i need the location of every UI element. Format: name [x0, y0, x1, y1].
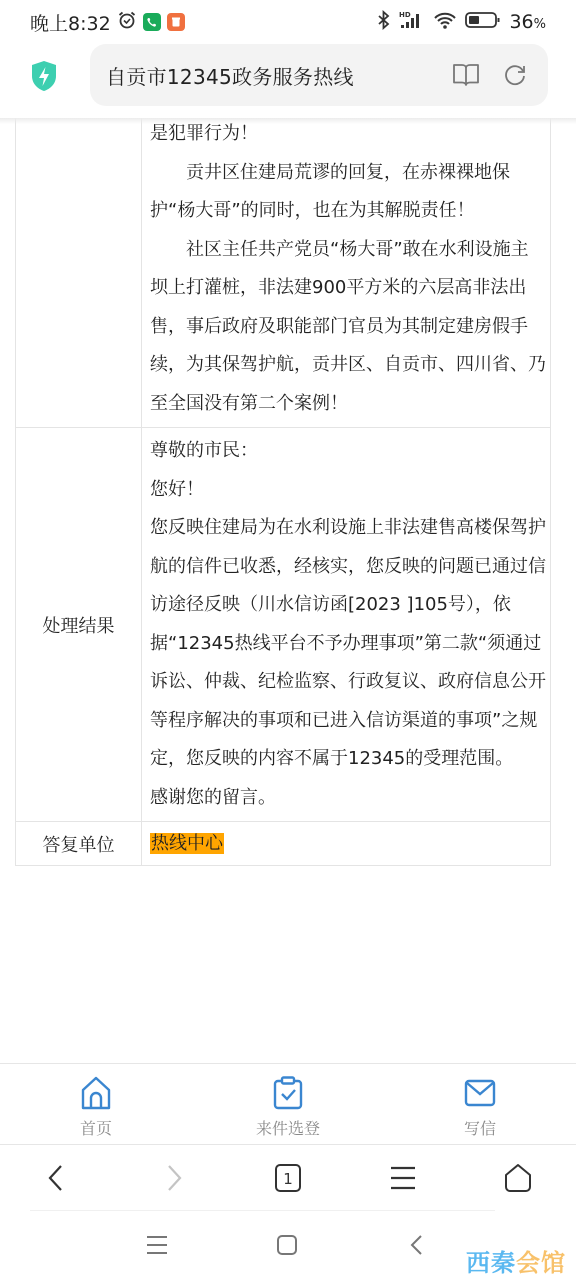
tab-label: 写信	[464, 1116, 496, 1139]
row-value-unit: 热线中心	[142, 822, 551, 866]
tab-label: 首页	[80, 1116, 112, 1139]
home-icon	[80, 1076, 112, 1114]
content-paragraph: 贡井区住建局荒谬的回复，在赤裸裸地保护“杨大哥”的同时，也在为其解脱责任！	[150, 154, 546, 231]
browser-home-icon[interactable]	[500, 1162, 536, 1194]
detail-table: 是犯罪行为！ 贡井区住建局荒谬的回复，在赤裸裸地保护“杨大哥”的同时，也在为其解…	[15, 118, 551, 866]
content-paragraph: 社区主任共产党员“杨大哥”敢在水利设施主坝上打灌桩，非法建900平方米的六层高非…	[150, 231, 546, 424]
browser-toolbar: 1	[0, 1146, 576, 1210]
reply-unit-highlight: 热线中心	[150, 833, 224, 854]
row-value-result: 尊敬的市民： 您好！ 您反映住建局为在水利设施上非法建售高楼保驾护航的信件已收悉…	[142, 428, 551, 822]
result-paragraph: 尊敬的市民：	[150, 432, 546, 471]
table-row-content: 是犯罪行为！ 贡井区住建局荒谬的回复，在赤裸裸地保护“杨大哥”的同时，也在为其解…	[16, 118, 551, 428]
forward-icon[interactable]	[156, 1162, 192, 1194]
row-value-content: 是犯罪行为！ 贡井区住建局荒谬的回复，在赤裸裸地保护“杨大哥”的同时，也在为其解…	[142, 118, 551, 428]
tab-write-letter[interactable]: 写信	[384, 1064, 576, 1144]
alarm-icon	[117, 10, 137, 35]
status-left: 晚上8:32	[30, 9, 185, 36]
svg-text:HD: HD	[399, 11, 411, 19]
result-paragraph: 您反映住建局为在水利设施上非法建售高楼保驾护航的信件已收悉，经核实，您反映的问题…	[150, 509, 546, 779]
result-paragraph: 您好！	[150, 471, 546, 510]
row-label	[16, 118, 142, 428]
status-bar: 晚上8:32 HD 36%	[0, 0, 576, 44]
watermark: 西秦会馆	[466, 1243, 566, 1278]
status-right: HD 36%	[377, 10, 546, 35]
svg-text:1: 1	[283, 1170, 293, 1188]
back-icon[interactable]	[38, 1162, 74, 1194]
bluetooth-icon	[377, 10, 391, 35]
security-shield-icon[interactable]	[30, 60, 58, 92]
tab-label: 来件选登	[256, 1116, 320, 1139]
phone-notification-icon	[143, 13, 161, 31]
system-back-icon[interactable]	[403, 1231, 431, 1259]
clock: 晚上8:32	[30, 9, 111, 36]
wifi-icon	[433, 10, 457, 35]
page-title: 自贡市12345政务服务热线	[106, 61, 354, 90]
menu-icon[interactable]	[385, 1162, 421, 1194]
row-label-unit: 答复单位	[16, 822, 142, 866]
result-paragraph: 感谢您的留言。	[150, 779, 546, 818]
recent-apps-icon[interactable]	[143, 1231, 171, 1259]
hd-signal-icon: HD	[399, 10, 425, 35]
tabs-icon[interactable]: 1	[270, 1162, 306, 1194]
header-shadow	[0, 118, 576, 124]
table-row-result: 处理结果 尊敬的市民： 您好！ 您反映住建局为在水利设施上非法建售高楼保驾护航的…	[16, 428, 551, 822]
battery-percent: 36%	[509, 11, 546, 33]
browser-address-row: 自贡市12345政务服务热线	[0, 44, 576, 118]
table-row-unit: 答复单位 热线中心	[16, 822, 551, 866]
tab-home[interactable]: 首页	[0, 1064, 192, 1144]
app-notification-icon	[167, 13, 185, 31]
battery-icon	[465, 10, 501, 35]
app-tab-bar: 首页 来件选登 写信	[0, 1063, 576, 1145]
mail-icon	[464, 1076, 496, 1114]
clipboard-check-icon	[272, 1076, 304, 1114]
tab-featured-letters[interactable]: 来件选登	[192, 1064, 384, 1144]
refresh-icon[interactable]	[502, 62, 528, 92]
address-bar[interactable]: 自贡市12345政务服务热线	[90, 44, 548, 106]
system-home-icon[interactable]	[273, 1231, 301, 1259]
reader-mode-icon[interactable]	[452, 62, 480, 92]
row-label-result: 处理结果	[16, 428, 142, 822]
page-content[interactable]: 是犯罪行为！ 贡井区住建局荒谬的回复，在赤裸裸地保护“杨大哥”的同时，也在为其解…	[0, 118, 576, 1062]
